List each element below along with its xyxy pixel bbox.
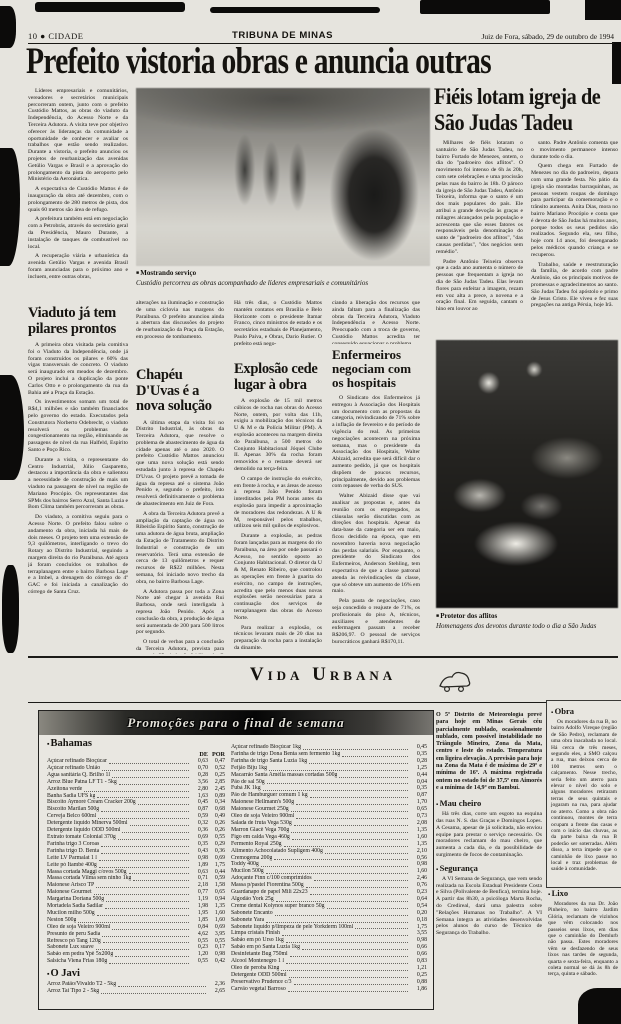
price-row: Maionese Gourmet 0,77 0,65 [47, 889, 225, 896]
product-name: Maionese Arisco TP [47, 882, 94, 889]
dotted-leader [309, 763, 408, 764]
viaduto-article: Viaduto já tem pilares prontos A primeir… [28, 306, 128, 654]
paragraph: ciando a liberação dos recursos que aind… [332, 300, 420, 344]
paragraph: A expectativa de Custódio Mattos é de in… [28, 186, 128, 213]
price-de: 0,84 [191, 924, 208, 931]
dotted-leader [275, 915, 408, 916]
price-por: 2,45 [208, 786, 225, 793]
price-por: 0,98 [208, 951, 225, 958]
price: 0,64 [410, 896, 427, 903]
dotted-leader [106, 901, 189, 902]
product-name: Sabão em pó Urso 1kg [231, 937, 284, 944]
price: 1,86 [410, 986, 427, 993]
dotted-leader [296, 804, 408, 805]
col2-price-list: Açúcar refinado Bioçúcar 1kg 0,45 Farinh… [231, 744, 427, 993]
dotted-leader [339, 777, 408, 778]
price-row: Feijão Biju 1kg 1,25 [231, 765, 427, 772]
product-name: Farinha trigo D. Benta [47, 848, 99, 855]
dotted-leader [327, 908, 408, 909]
dotted-leader [96, 887, 189, 888]
price: 1,75 [410, 924, 427, 931]
scan-artifact [2, 565, 19, 653]
product-name: Banha Sadia UFS kg [47, 793, 95, 800]
newspaper-page: 10 ● CIDADE TRIBUNA DE MINAS Juiz de For… [0, 0, 621, 1024]
dotted-leader [101, 846, 189, 847]
price: 0,56 [410, 855, 427, 862]
obra-title: Obra [551, 706, 617, 718]
price-row: Pão de sal 50g 0,04 [231, 779, 427, 786]
product-name: Arroz Patão/Vivaldo T2 - 5kg [47, 981, 116, 988]
mau-cheiro-title: Mau cheiro [436, 798, 542, 810]
dotted-leader [310, 894, 408, 895]
dotted-leader [288, 991, 408, 992]
product-name: Extrato tomate Colonial 370g [47, 834, 116, 841]
caption-title: Protetor dos aflitos [436, 612, 618, 621]
paragraph: Líderes empresariais e comunitários, ver… [28, 88, 128, 183]
price-row: Fermento Royal 250g 1,35 [231, 841, 427, 848]
price: 0,73 [410, 813, 427, 820]
price-de: 1,89 [191, 862, 208, 869]
product-name: Sabonete Yara [231, 917, 264, 924]
dotted-leader [133, 880, 189, 881]
paragraph: O campo de instrução do exército, em fre… [234, 476, 322, 530]
dotted-leader [325, 853, 408, 854]
paragraph: O total de verbas para a conclusão da Te… [136, 639, 224, 654]
weather-forecast: O 5º Distrito de Meteorologia prevê para… [436, 712, 542, 792]
price-row: Mortadela Sadia Sadilar 1,98 1,35 [47, 903, 225, 910]
price-row: Limpa cristais Finish 3,55 [231, 930, 427, 937]
price-row: Creme dental Kolynos super branco 50g 0,… [231, 903, 427, 910]
main-headline: Prefeito vistoria obras e anuncia outras [26, 42, 538, 82]
paragraph: Walter Abizaid disse que vai analisar as… [332, 493, 420, 595]
lead-article-column: Líderes empresariais e comunitários, ver… [28, 88, 128, 304]
product-name: Alimento Achocolatado Supligem 400g [231, 848, 323, 855]
product-name: Pão de Hamburguer comum 1 kg [231, 792, 308, 799]
price-de: 0,69 [191, 834, 208, 841]
price-row: Adoçante Finn c/100 comprimidos 2,46 [231, 875, 427, 882]
dotted-leader [289, 977, 408, 978]
product-name: Algodão York 25g [231, 896, 274, 903]
scan-artifact [0, 375, 24, 480]
price-por: 0,17 [208, 944, 225, 951]
lead-paragraphs: Líderes empresariais e comunitários, ver… [28, 88, 128, 281]
dotted-leader [102, 936, 189, 937]
price-row: Massa p/pastel Fiorentina 500g 0,76 [231, 882, 427, 889]
dotted-leader [266, 922, 408, 923]
promotions-box: Promoções para o final de semana Bahamas… [38, 710, 434, 1010]
sao-judas-headline: Fiéis lotam igreja de São Judas Tadeu [434, 84, 610, 136]
price: 1,60 [410, 834, 427, 841]
price-de: 0,63 [191, 869, 208, 876]
price-row: Sabonete Encanto 0,20 [231, 910, 427, 917]
product-name: Fermento Royal 250g [231, 841, 282, 848]
dotted-leader [99, 860, 189, 861]
dotted-leader [290, 956, 408, 957]
product-name: Detergente líquido ODD 500ml [47, 827, 120, 834]
price-row: Desinfetante Bug 750ml 0,66 [231, 951, 427, 958]
product-name: Biscoito Marilan 500g [47, 806, 99, 813]
price-row: Biscoito Aymoré Cream Cracker 200g 0,45 … [47, 799, 225, 806]
price-row: Detergente ODD 500ml 0,25 [231, 972, 427, 979]
product-name: Detergente líquido Minerva 500ml [47, 820, 128, 827]
product-name: Mucilon 500g [231, 868, 264, 875]
product-name: Sabonete Encanto [231, 910, 273, 917]
price-de: 1,85 [191, 917, 208, 924]
price-row: Massa cortada Maggi c/ovos 500g 0,63 0,4… [47, 869, 225, 876]
dotted-leader [98, 818, 189, 819]
chapeu-paragraphs: A última etapa da visita foi no Distrito… [136, 420, 224, 655]
price-row: Salada de fruta Vega 530g 2,08 [231, 820, 427, 827]
product-name: Limpa cristais Finish [231, 930, 280, 937]
price-row: Preservativo Prudence c/3 0,88 [231, 979, 427, 986]
product-name: Desinfetante Bug 750ml [231, 951, 288, 958]
price: 1,35 [410, 841, 427, 848]
price: 2,36 [208, 981, 225, 988]
price: 0,44 [410, 772, 427, 779]
price-por: 0,26 [208, 827, 225, 834]
vida-urbana-doodle-icon [437, 668, 471, 694]
product-name: Neston 500g [47, 917, 76, 924]
explosao-paragraphs: A explosão de 15 mil metros cúbicos de r… [234, 398, 322, 652]
mau-cheiro-text: Há três dias, corre um esgoto na esquina… [436, 811, 542, 859]
dotted-leader [112, 777, 189, 778]
price: 1,21 [410, 965, 427, 972]
price-de: 0,35 [191, 841, 208, 848]
church-photo-caption: Protetor dos aflitos Homenagens dos devo… [436, 612, 618, 630]
dotted-leader [292, 839, 408, 840]
dotted-leader [276, 901, 408, 902]
scan-artifact [210, 7, 380, 13]
price-de: 4,62 [191, 931, 208, 938]
price-row: Figo em calda Vega 460g 1,60 [231, 834, 427, 841]
price-por: 0,69 [208, 924, 225, 931]
store-name: O Javi [47, 968, 225, 980]
store1-price-list: Açúcar refinado Bioçúcar 0,63 0,47 Açúca… [47, 758, 225, 965]
dotted-leader [294, 984, 408, 985]
price: 2,65 [208, 988, 225, 995]
price-de: 1,19 [191, 896, 208, 903]
price: 0,45 [410, 744, 427, 751]
price-por: 0,68 [208, 806, 225, 813]
divider [28, 702, 618, 703]
product-name: Óleo de soja Veleiro 900ml [231, 813, 294, 820]
dotted-leader [291, 832, 408, 833]
price-row: Cerveja Belco 600ml 0,59 0,49 [47, 813, 225, 820]
price-de: 0,23 [191, 944, 208, 951]
lixo-note: Lixo Moradores da rua Dr. João Pinheiro,… [548, 886, 618, 1018]
dotted-leader [269, 770, 408, 771]
price: 0,87 [410, 792, 427, 799]
price-por: 0,26 [208, 820, 225, 827]
price: 0,88 [410, 979, 427, 986]
price-de: 1,63 [191, 793, 208, 800]
product-name: Azeitona verde [47, 786, 82, 793]
dotted-leader [119, 784, 189, 785]
dotted-leader [94, 894, 189, 895]
promotions-banner: Promoções para o final de semana [39, 711, 433, 735]
paragraph: A última etapa da visita foi no Distrito… [136, 420, 224, 508]
scan-artifact [420, 0, 550, 14]
price: 0,04 [410, 779, 427, 786]
price-row: Guardanapo de papel Mili 22x23 0,23 [231, 889, 427, 896]
dotted-leader [101, 811, 189, 812]
dotted-leader [291, 811, 408, 812]
price-row: Presunto de peru Sadia 4,62 3,95 [47, 931, 225, 938]
paragraph: Milhares de fiéis lotaram o santuário de… [436, 140, 523, 256]
dotted-leader [282, 935, 408, 936]
paragraph: alterações na iluminação e construção de… [136, 300, 224, 341]
product-name: Sabonete líquido p/limpeza de pele Yorkd… [231, 924, 353, 931]
price: 0,83 [410, 958, 427, 965]
caption-text: Homenagens dos devotos durante todo o di… [436, 622, 618, 630]
product-name: Arroz Blue Patna LF T1 - 5kg [47, 779, 117, 786]
price-de: 0,28 [191, 772, 208, 779]
price-de: 0,59 [191, 813, 208, 820]
paragraph: Há três dias, o Custódio Mattos mantém c… [234, 300, 322, 348]
price-row: Mucilon 500g 1,60 [231, 868, 427, 875]
price-row: Macarrão Santa Amélia massas cortadas 50… [231, 772, 427, 779]
caption-title: Mostrando serviço [136, 269, 430, 278]
price-row: Pão de Hamburguer comum 1 kg 0,87 [231, 792, 427, 799]
price: 2,10 [410, 848, 427, 855]
price-row: Banha Sadia UFS kg 1,63 0,89 [47, 793, 225, 800]
paragraph: santo. Padre Antônio comenta que o movim… [531, 140, 618, 160]
product-name: Álcool Montenegro 1 l [231, 958, 284, 965]
section-divider [28, 656, 618, 658]
dotted-leader [267, 783, 408, 784]
lixo-text: Moradores da rua Dr. João Pinheiro, no b… [548, 901, 618, 978]
product-name: Arroz Tai Tipo 2 - 5kg [47, 988, 99, 995]
price-de: 0,71 [191, 875, 208, 882]
price-row: Leite LV Parmalat 1 l 0,98 0,69 [47, 855, 225, 862]
product-name: Maionese Gourmet 250g [231, 806, 289, 813]
product-name: Leite pó Itambé 400g [47, 862, 97, 869]
dotted-leader [303, 749, 408, 750]
price-row: Mucilon milho 500g 1,95 1,60 [47, 910, 225, 917]
price-row: Azeitona verde 2,80 2,45 [47, 786, 225, 793]
dotted-leader [314, 880, 408, 881]
price-de: 0,87 [191, 806, 208, 813]
promotions-right-column: Açúcar refinado Bioçúcar 1kg 0,45 Farinh… [231, 735, 427, 1009]
dotted-leader [138, 804, 189, 805]
price-de: 1,20 [191, 951, 208, 958]
product-name: Massa cortada Vilma sem ninho 1kg [47, 875, 131, 882]
product-name: Presunto de peru Sadia [47, 931, 100, 938]
paragraph: A Adutora passa por toda a Zona Norte at… [136, 589, 224, 637]
product-name: Maionese Gourmet [47, 889, 92, 896]
price-row: Alimento Achocolatado Supligem 400g 2,10 [231, 848, 427, 855]
price: 0,35 [410, 785, 427, 792]
price-de: 0,77 [191, 889, 208, 896]
chapeu-title: Chapéu D'Uvas é a nova solução [136, 368, 224, 415]
price-row: Água sanitária Q. Brilho 1l 0,28 0,25 [47, 772, 225, 779]
price-row: Sabão em pó Santa Luzia 1kg 0,66 [231, 944, 427, 951]
scan-artifact [0, 148, 20, 266]
newspaper-title: TRIBUNA DE MINAS [84, 30, 482, 41]
product-name: Mortadela Sadia Sadilar [47, 903, 103, 910]
price-de: 0,63 [191, 758, 208, 765]
product-name: Guardanapo de papel Mili 22x23 [231, 889, 308, 896]
seguranca-text: A VI Semana de Segurança, que vem sendo … [436, 876, 542, 937]
price-por: 0,44 [208, 869, 225, 876]
scan-artifact [35, 2, 185, 12]
dotted-leader [310, 797, 408, 798]
price: 1,60 [410, 868, 427, 875]
price: 3,55 [410, 930, 427, 937]
price-por: 3,95 [208, 931, 225, 938]
price-row: Sabão em pedra Ypê 5x200g 1,20 0,98 [47, 951, 225, 958]
continuation-col2: alterações na iluminação e construção de… [136, 300, 224, 364]
price: 0,35 [410, 751, 427, 758]
price-por: 0,25 [208, 772, 225, 779]
dotted-leader [261, 866, 408, 867]
dotted-leader [97, 797, 189, 798]
vida-urbana-section-title: Vida Urbana [213, 664, 433, 686]
price-row: Óleo de soja Veleiro 900ml 0,73 [231, 813, 427, 820]
price-row: Arroz Tai Tipo 2 - 5kg 2,65 [47, 988, 225, 995]
price-de: 0,55 [191, 958, 208, 965]
paragraph: A obra da Terceira Adutora prevê a ampli… [136, 511, 224, 586]
price-row: Sabonete Lux suave 0,23 0,17 [47, 944, 225, 951]
price-por: 1,60 [208, 917, 225, 924]
product-name: Feijão Biju 1kg [231, 765, 267, 772]
explosao-article: Explosão cede lugar à obra A explosão de… [234, 362, 322, 654]
product-name: Cerveja Belco 600ml [47, 813, 96, 820]
weather-and-notes-column: O 5º Distrito de Meteorologia prevê para… [436, 712, 542, 1012]
product-name: Açúcar refinado Bioçúcar 1kg [231, 744, 301, 751]
construction-site-photo [136, 88, 430, 266]
product-name: Adoçante Finn c/100 comprimidos [231, 875, 312, 882]
dotted-leader [103, 942, 189, 943]
sao-judas-col-b-paragraphs: santo. Padre Antônio comenta que o movim… [531, 140, 618, 309]
product-name: Macarrão Santa Amélia massas cortadas 50… [231, 772, 337, 779]
price-row: Farinha trigo D. Benta 0,43 0,36 [47, 848, 225, 855]
promotions-banner-text: Promoções para o final de semana [127, 715, 344, 731]
paragraph: Quem chega em Furtado de Menezes no dia … [531, 163, 618, 258]
price: 2,08 [410, 820, 427, 827]
store-name: Bahamas [47, 738, 225, 750]
price: 0,28 [410, 758, 427, 765]
viaduto-title: Viaduto já tem pilares prontos [28, 306, 128, 337]
price: 2,46 [410, 875, 427, 882]
dotted-leader [281, 970, 408, 971]
price: 0,23 [410, 889, 427, 896]
product-name: Marron Glacê Vega 700g [231, 827, 289, 834]
paragraph: Durante a explosão, as pedras foram lanç… [234, 533, 322, 621]
price-por: 0,42 [208, 958, 225, 965]
de-label: DE [191, 751, 208, 758]
edition-date: Juiz de Fora, sábado, 29 de outubro de 1… [482, 32, 614, 41]
dotted-leader [118, 839, 189, 840]
price: 0,20 [410, 910, 427, 917]
product-name: Sabonete Lux suave [47, 944, 94, 951]
price-por: 0,55 [208, 834, 225, 841]
product-name: Farinha de trigo Santa Luzia 1kg [231, 758, 307, 765]
price-row: Maionese Hellmann's 500g 1,70 [231, 799, 427, 806]
dotted-leader [129, 873, 189, 874]
dotted-leader [84, 791, 189, 792]
dotted-leader [266, 873, 408, 874]
price-row: Farinha trigo 3 Coroas 0,35 0,29 [47, 841, 225, 848]
product-name: Preservativo Prudence c/3 [231, 979, 292, 986]
product-name: Sabão em pedra Ypê 5x200g [47, 951, 113, 958]
price-row: Açúcar refinado Bioçúcar 0,63 0,47 [47, 758, 225, 765]
product-name: Farinha de trigo Dona Benta sem fermento… [231, 751, 340, 758]
price-row: Maionese Gourmet 250g 0,65 [231, 806, 427, 813]
page-section-label: 10 ● CIDADE [28, 31, 84, 41]
price-por: 0,52 [208, 765, 225, 772]
scan-artifact [0, 6, 16, 48]
dotted-leader [296, 818, 408, 819]
dotted-leader [101, 853, 189, 854]
paragraph: A primeira obra visitada pela comitiva f… [28, 342, 128, 396]
price: 0,98 [410, 937, 427, 944]
product-name: Leite LV Parmalat 1 l [47, 855, 97, 862]
price-de: 0,70 [191, 765, 208, 772]
dotted-leader [122, 832, 189, 833]
price-por: 1,60 [208, 910, 225, 917]
product-name: Fubá JK 1kg [231, 785, 261, 792]
product-name: Massa p/pastel Fiorentina 500g [231, 882, 304, 889]
caption-text: Custódio percorreu as obras acompanhado … [136, 279, 430, 287]
price-por: 0,29 [208, 841, 225, 848]
dotted-leader [263, 790, 408, 791]
chapeu-article: Chapéu D'Uvas é a nova solução A última … [136, 368, 224, 654]
price-por: 1,58 [208, 882, 225, 889]
price-row: Farinha de trigo Santa Luzia 1kg 0,28 [231, 758, 427, 765]
price: 0,76 [410, 882, 427, 889]
continuation-col4: ciando a liberação dos recursos que aind… [332, 300, 420, 344]
price-row: Sabonete líquido p/limpeza de pele Yorkd… [231, 924, 427, 931]
price-row: Algodão York 25g 0,64 [231, 896, 427, 903]
product-name: Creme dental Kolynos super branco 50g [231, 903, 325, 910]
product-name: Açúcar refinado União [47, 765, 100, 772]
price-row: Açúcar refinado Bioçúcar 1kg 0,45 [231, 744, 427, 751]
sao-judas-column-a: Milhares de fiéis lotaram o santuário de… [436, 140, 523, 338]
dotted-leader [302, 949, 408, 950]
promotions-left-column: Bahamas DE POR Açúcar refinado Bioçúcar … [47, 735, 225, 1009]
price: 0,25 [410, 972, 427, 979]
price-por: 1,75 [208, 862, 225, 869]
price-por: 0,34 [208, 799, 225, 806]
price-de: 0,55 [191, 938, 208, 945]
price-de: 0,32 [191, 820, 208, 827]
product-name: Açúcar refinado Bioçúcar [47, 758, 107, 765]
product-name: Toddy 400g [231, 861, 259, 868]
price-por: 0,65 [208, 889, 225, 896]
product-name: Água sanitária Q. Brilho 1l [47, 772, 110, 779]
price-de: 0,45 [191, 799, 208, 806]
price-de: 1,98 [191, 903, 208, 910]
church-crowd-photo [436, 340, 618, 608]
dotted-leader [130, 825, 189, 826]
price-row: Sabão em pó Urso 1kg 0,98 [231, 937, 427, 944]
price-por: 0,59 [208, 875, 225, 882]
product-name: Massa cortada Maggi c/ovos 500g [47, 869, 127, 876]
price: 0,98 [410, 861, 427, 868]
price-row: Cremogema 200g 0,56 [231, 855, 427, 862]
price-por: 1,35 [208, 903, 225, 910]
price-por: 0,94 [208, 896, 225, 903]
price-row: Óleo de peroba King 1,21 [231, 965, 427, 972]
price: 0,54 [410, 903, 427, 910]
sao-judas-col-a-paragraphs: Milhares de fiéis lotaram o santuário de… [436, 140, 523, 313]
dotted-leader [294, 825, 408, 826]
paragraph: Para realizar a explosão, os técnicos le… [234, 625, 322, 652]
paragraph: A prefeitura também está em negociação c… [28, 216, 128, 250]
price-de: 0,43 [191, 848, 208, 855]
price-row: Álcool Montenegro 1 l 0,83 [231, 958, 427, 965]
